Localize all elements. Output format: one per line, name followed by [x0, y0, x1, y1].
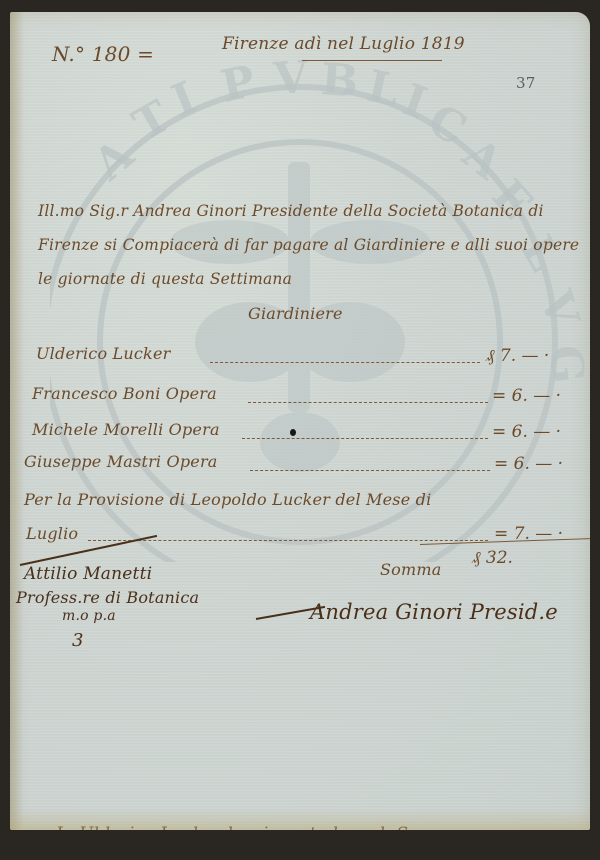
entry-name: Michele Morelli Opera [32, 420, 220, 439]
total-label: Somma [380, 560, 441, 579]
place-date: Firenze adì nel Luglio 1819 [222, 34, 465, 54]
entry-amount: = 6. — · [492, 422, 561, 442]
entry-name: Giuseppe Mastri Opera [24, 452, 218, 471]
svg-text:T: T [125, 91, 179, 152]
address-line-3: le giornate di questa Settimana [38, 270, 292, 288]
svg-text:V: V [529, 284, 589, 334]
entry-name: Francesco Boni Opera [32, 384, 217, 403]
signature-left-note: m.o p.a [62, 608, 116, 624]
address-line-1: Ill.mo Sig.r Andrea Ginori Presidente de… [38, 202, 544, 220]
svg-text:L: L [363, 61, 404, 117]
svg-text:E: E [482, 170, 542, 229]
signature-left-title: Profess.re di Botanica [16, 588, 199, 607]
svg-text:A: A [452, 128, 512, 190]
svg-text:A: A [84, 129, 144, 191]
leader-dashes [250, 470, 490, 471]
reference-number: N.° 180 = [52, 42, 154, 66]
section-heading: Giardiniere [248, 304, 343, 323]
svg-text:I: I [165, 72, 203, 127]
svg-text:C: C [420, 95, 475, 156]
leader-dashes [242, 438, 488, 439]
svg-text:B: B [319, 54, 360, 107]
ink-blot [290, 429, 296, 436]
entry-amount: = 6. — · [494, 454, 563, 474]
date-underline [302, 60, 442, 61]
entry-amount: ₰ 7. — · [486, 346, 549, 366]
entry-name: Luglio [26, 524, 78, 543]
watermark-seal-icon: A T I P V B L I C A E L V G [50, 42, 590, 562]
svg-text:I: I [396, 74, 433, 129]
address-line-2: Firenze si Compiacerà di far pagare al G… [38, 236, 579, 254]
signature-left-mark: 3 [72, 630, 84, 651]
svg-text:P: P [217, 56, 260, 113]
leader-dashes [248, 402, 488, 403]
leader-dashes [88, 540, 488, 541]
receipt-line: Io Ulderico Lucker ho ricevuto la sud. S… [56, 824, 462, 830]
manuscript-page: A T I P V B L I C A E L V G N.° 180 = Fi… [10, 12, 590, 830]
signature-left-name: Attilio Manetti [24, 564, 152, 584]
total-amount: ₰ 32. [472, 548, 513, 568]
entry-amount: = 6. — · [492, 386, 561, 406]
leader-dashes [210, 362, 480, 363]
signature-right: Andrea Ginori Presid.e [310, 600, 558, 624]
entry-name: Ulderico Lucker [36, 344, 170, 363]
folio-number: 37 [516, 74, 536, 92]
entry-name: Per la Provisione di Leopoldo Lucker del… [24, 490, 431, 509]
